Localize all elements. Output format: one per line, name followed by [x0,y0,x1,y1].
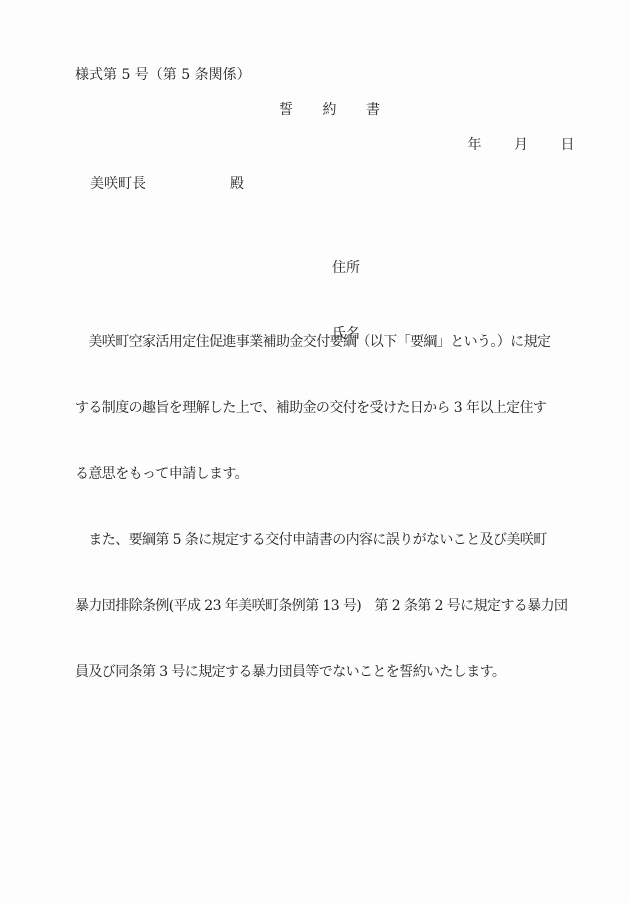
pledge-paragraph1-line2: する制度の趣旨を理解した上で、補助金の交付を受けた日から 3 年以上定住す [75,397,567,419]
pledge-paragraph2-line2: 暴力団排除条例(平成 23 年美咲町条例第 13 号) 第 2 条第 2 号に規… [75,595,567,617]
date-line: 年 月 日 [468,134,577,154]
pledge-paragraph2-line3: 員及び同条第 3 号に規定する暴力団員等でないことを誓約いたします。 [75,661,567,683]
pledge-document-page: 様式第 5 号（第 5 条関係） 誓 約 書 年 月 日 美咲町長 殿 住所 氏… [0,0,630,903]
form-number: 様式第 5 号（第 5 条関係） [75,64,251,84]
document-title: 誓 約 書 [279,99,381,119]
pledge-body: 美咲町空家活用定住促進事業補助金交付要綱（以下「要綱」という。）に規定 する制度… [75,287,567,727]
pledge-paragraph1-line3: る意思をもって申請します。 [75,463,567,485]
pledge-paragraph2-line1: また、要綱第 5 条に規定する交付申請書の内容に誤りがないこと及び美咲町 [75,529,567,551]
address-label: 住所 [332,257,360,279]
addressee-line: 美咲町長 殿 [90,173,244,193]
pledge-paragraph1-line1: 美咲町空家活用定住促進事業補助金交付要綱（以下「要綱」という。）に規定 [75,331,567,353]
